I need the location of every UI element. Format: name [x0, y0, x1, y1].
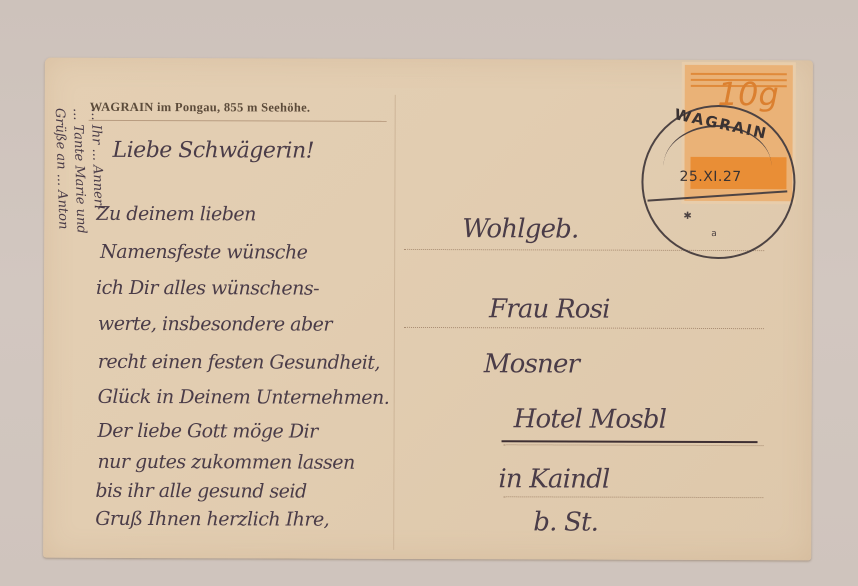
address-line: Mosner — [484, 349, 579, 379]
printed-title: WAGRAIN im Pongau, 855 m Seehöhe. — [90, 100, 311, 116]
address-guide-line — [404, 327, 764, 329]
postmark-date: 25.XI.27 — [679, 169, 741, 185]
address-line: Wohlgeb. — [462, 214, 578, 244]
message-line: Glück in Deinem Unternehmen. — [98, 386, 390, 409]
message-line: recht einen festen Gesundheit, — [98, 351, 380, 374]
address-line: b. St. — [533, 507, 598, 537]
message-line: Namensfeste wünsche — [100, 241, 307, 264]
message-line: Zu deinem lieben — [96, 203, 256, 226]
address-line: in Kaindl — [498, 464, 609, 494]
message-greeting: Liebe Schwägerin! — [113, 138, 315, 164]
postmark: WAGRAIN 25.XI.27 ✱ a — [641, 105, 796, 260]
address-line: Frau Rosi — [489, 294, 610, 324]
message-line: ich Dir alles wünschens- — [96, 277, 319, 300]
title-rule — [89, 120, 387, 122]
message-line: bis ihr alle gesund seid — [95, 480, 306, 503]
address-underline — [502, 440, 758, 443]
address-guide-line — [503, 496, 763, 498]
postcard: WAGRAIN im Pongau, 855 m Seehöhe. Grüße … — [43, 58, 813, 561]
message-line: Gruß Ihnen herzlich Ihre, — [95, 508, 329, 531]
message-line: Der liebe Gott möge Dir — [98, 420, 318, 443]
side-note-line: Grüße an ... Anton — [52, 108, 71, 230]
address-line: Hotel Mosbl — [514, 404, 667, 435]
postmark-code: a — [711, 229, 717, 239]
side-note-line: ... Ihr ... Annerl — [88, 108, 106, 210]
message-line: nur gutes zukommen lassen — [97, 451, 354, 474]
card-center-divider — [393, 95, 396, 550]
side-note-line: ... Tante Marie und — [70, 108, 89, 234]
message-line: werte, insbesondere aber — [98, 313, 332, 336]
postmark-star-icon: ✱ — [683, 211, 691, 222]
address-guide-line — [504, 444, 764, 446]
